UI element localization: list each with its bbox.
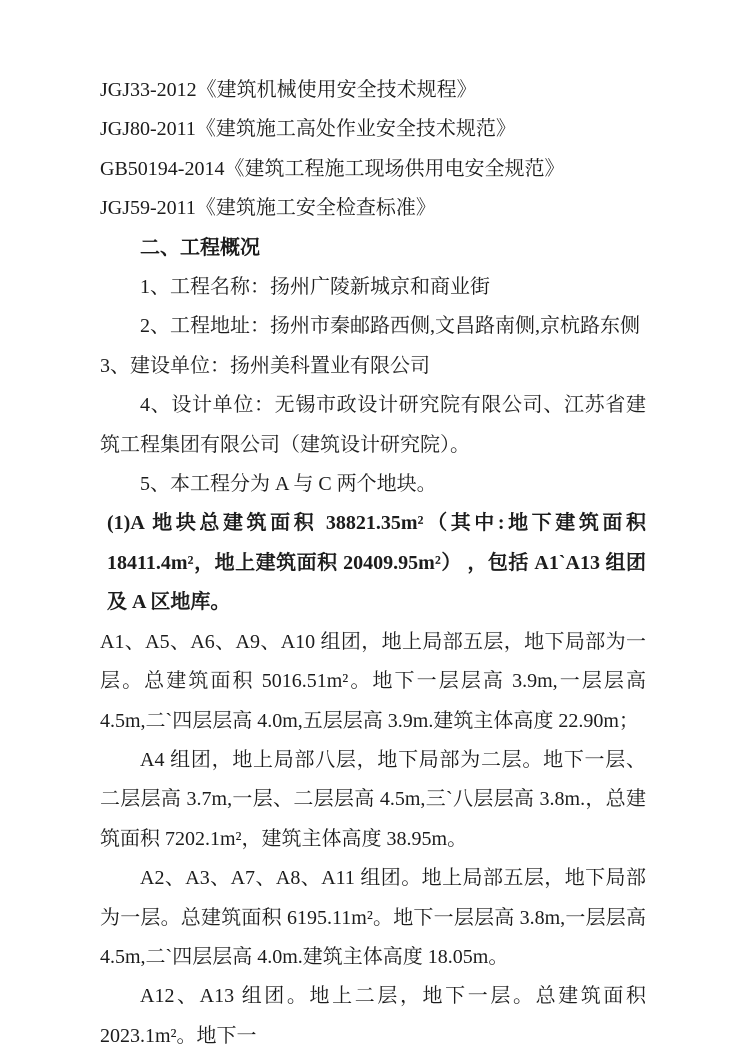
- list-item-construction-unit: 3、建设单位：扬州美科置业有限公司: [100, 347, 646, 386]
- section-heading: 二、工程概况: [100, 229, 646, 268]
- block-a-summary: (1)A 地块总建筑面积 38821.35m²（其中:地下建筑面积 18411.…: [107, 504, 646, 622]
- document-content: JGJ33-2012《建筑机械使用安全技术规程》 JGJ80-2011《建筑施工…: [100, 71, 646, 1052]
- list-item-project-address: 2、工程地址：扬州市秦邮路西侧,文昌路南侧,京杭路东侧: [100, 307, 646, 346]
- list-item-plots: 5、本工程分为 A 与 C 两个地块。: [100, 465, 646, 504]
- list-item-project-name: 1、工程名称：扬州广陵新城京和商业街: [100, 268, 646, 307]
- reference-line-4: JGJ59-2011《建筑施工安全检查标准》: [100, 189, 646, 228]
- list-item-design-unit: 4、设计单位：无锡市政设计研究院有限公司、江苏省建筑工程集团有限公司（建筑设计研…: [100, 386, 646, 465]
- reference-line-3: GB50194-2014《建筑工程施工现场供用电安全规范》: [100, 150, 646, 189]
- paragraph-group-a1: A1、A5、A6、A9、A10 组团，地上局部五层，地下局部为一层。总建筑面积 …: [100, 623, 646, 741]
- reference-line-2: JGJ80-2011《建筑施工高处作业安全技术规范》: [100, 110, 646, 149]
- paragraph-group-a2: A2、A3、A7、A8、A11 组团。地上局部五层，地下局部为一层。总建筑面积 …: [100, 859, 646, 977]
- reference-line-1: JGJ33-2012《建筑机械使用安全技术规程》: [100, 71, 646, 110]
- document-page: JGJ33-2012《建筑机械使用安全技术规程》 JGJ80-2011《建筑施工…: [0, 0, 744, 1052]
- paragraph-group-a4: A4 组团，地上局部八层，地下局部为二层。地下一层、二层层高 3.7m,一层、二…: [100, 741, 646, 859]
- paragraph-group-a12: A12、A13 组团。地上二层，地下一层。总建筑面积 2023.1m²。地下一: [100, 977, 646, 1052]
